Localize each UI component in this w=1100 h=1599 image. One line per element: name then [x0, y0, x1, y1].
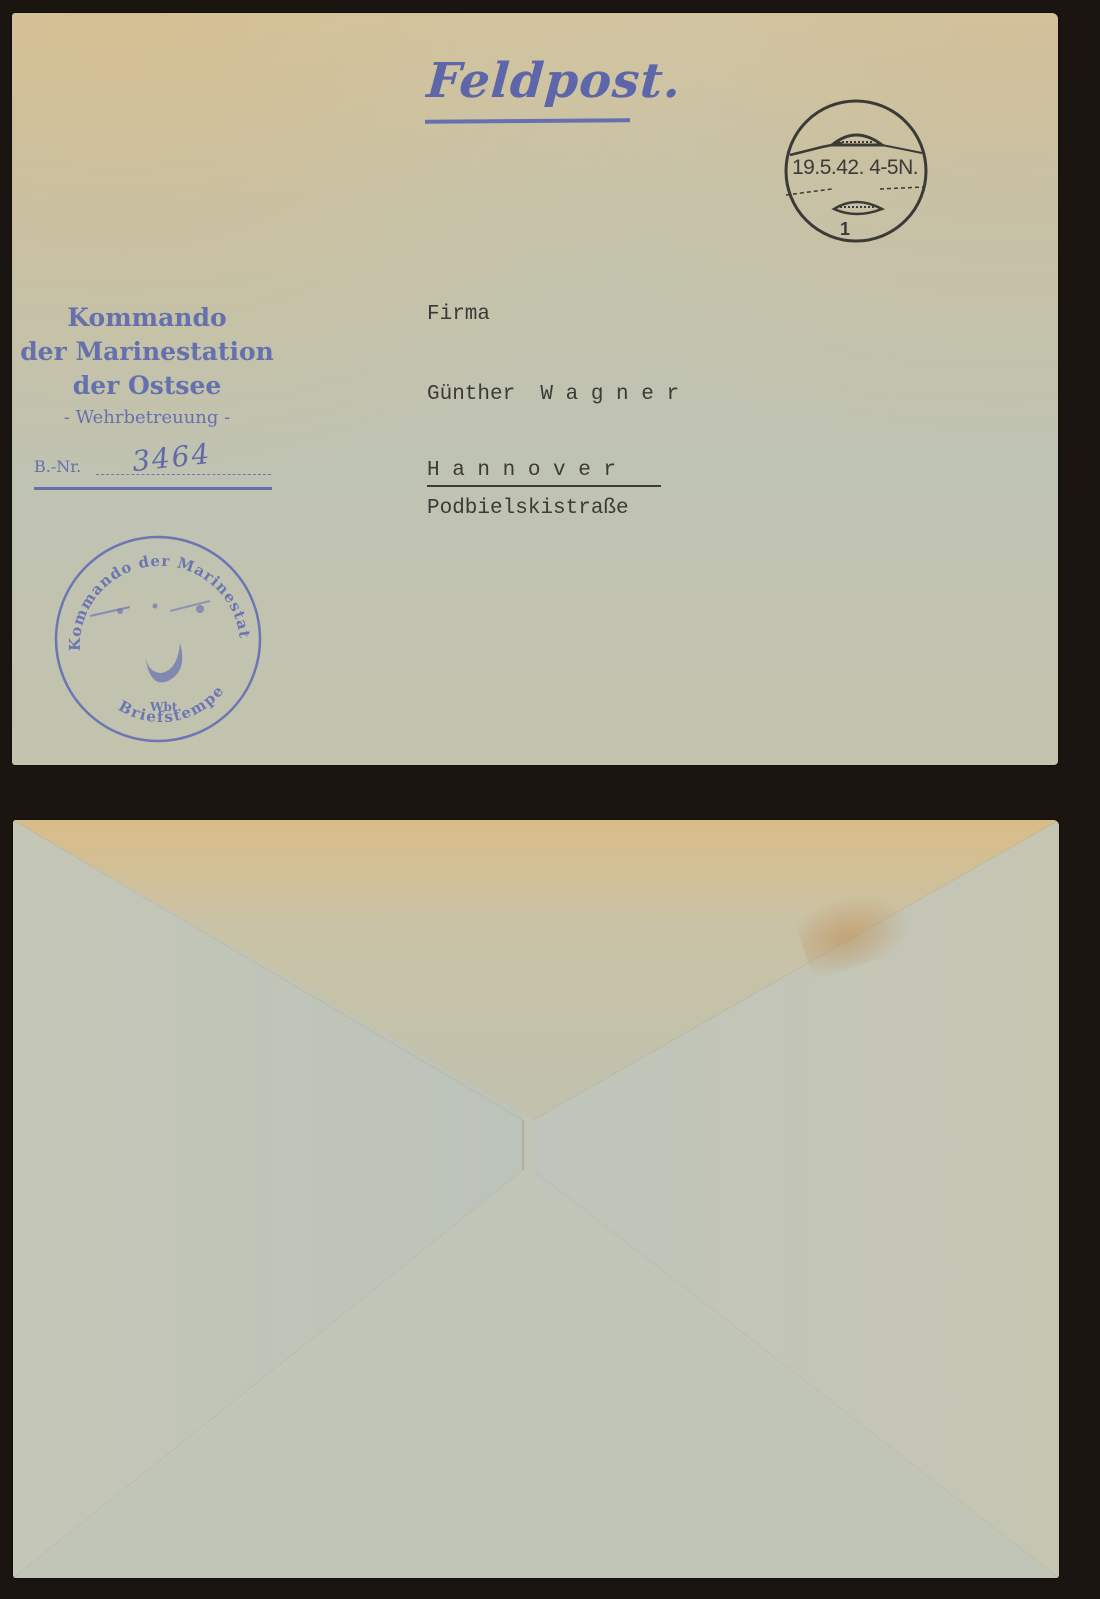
sender-underline	[34, 487, 272, 490]
feldpost-underline	[425, 118, 630, 123]
seal-outer-text: Kommando der Marinestation der Ostsee	[50, 531, 254, 651]
seal-inner-abbrev: Wbt.	[149, 700, 182, 714]
recipient-city: H a n n o v e r	[427, 459, 616, 482]
sender-stamp: Kommando der Marinestation der Ostsee - …	[12, 301, 282, 433]
reference-number-field: B.-Nr. 3464	[34, 457, 274, 476]
recipient-city-underline	[427, 485, 661, 487]
reference-number-handwritten: 3464	[130, 437, 212, 478]
sender-line-2: der Marinestation	[12, 335, 282, 369]
sender-line-4: - Wehrbetreuung -	[12, 403, 282, 433]
reference-dotted-line	[96, 474, 271, 475]
postmark-date: 19.5.42. 4-5N.	[792, 156, 952, 180]
sender-line-3: der Ostsee	[12, 369, 282, 403]
envelope-front: Feldpost. 19.5.42. 4-5N. 1 Kommando der …	[12, 13, 1058, 765]
reference-label: B.-Nr.	[34, 457, 81, 476]
recipient-line-1: Firma	[427, 303, 490, 326]
round-seal-eagle-icon: Kommando der Marinestation der Ostsee Br…	[50, 531, 266, 747]
recipient-street: Podbielskistraße	[427, 497, 629, 520]
sender-line-1: Kommando	[12, 301, 282, 335]
feldpost-stamp: Feldpost.	[425, 53, 683, 109]
postmark-office-number: 1	[840, 219, 850, 240]
svg-text:Kommando der Marinestation der: Kommando der Marinestation der Ostsee	[50, 531, 254, 651]
recipient-line-2: Günther W a g n e r	[427, 383, 679, 406]
